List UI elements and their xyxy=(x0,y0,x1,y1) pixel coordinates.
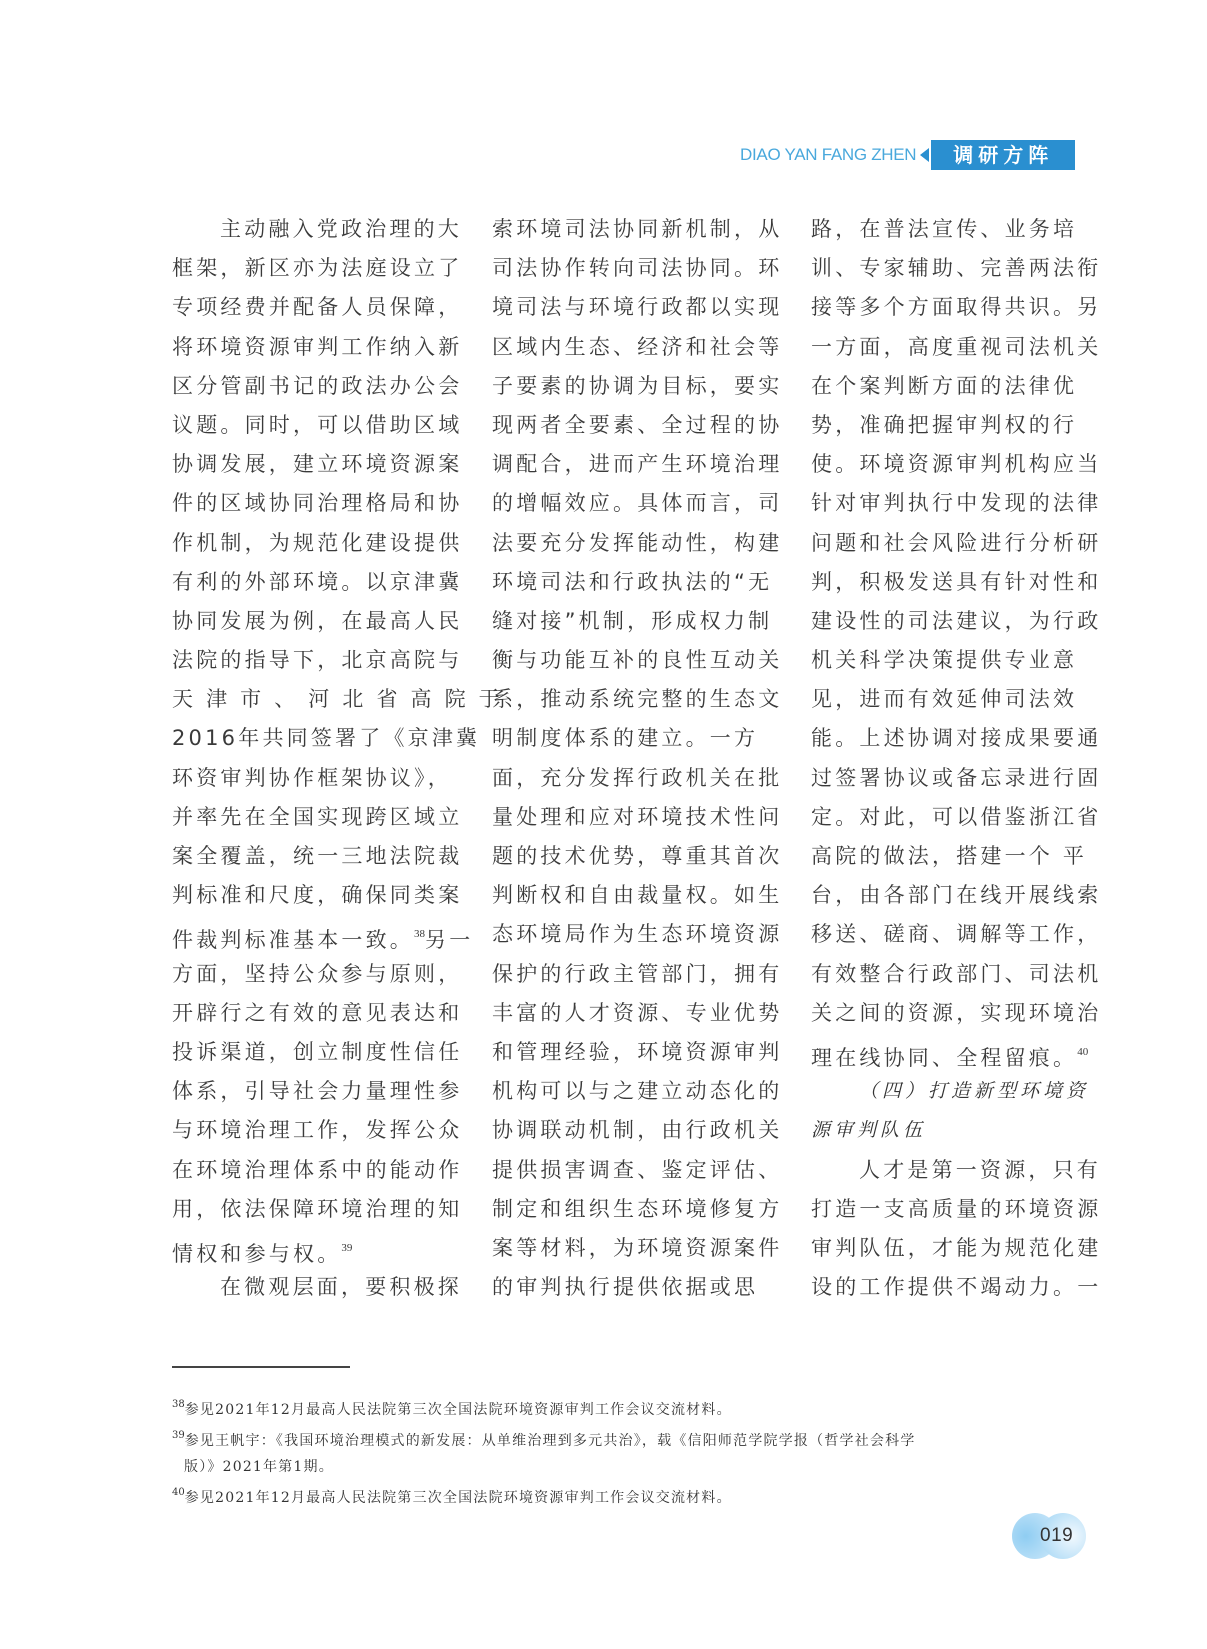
text-line: 区分管副书记的政法办公会 xyxy=(172,367,447,406)
text-line: 现两者全要素、全过程的协 xyxy=(492,406,767,445)
text-line: 建设性的司法建议，为行政 xyxy=(811,602,1086,641)
text-line: 衡与功能互补的良性互动关 xyxy=(492,641,767,680)
text-line: 在微观层面，要积极探 xyxy=(172,1268,447,1307)
text-line: 协调联动机制，由行政机关 xyxy=(492,1111,767,1150)
footnote-number: 38 xyxy=(172,1399,185,1410)
text-line: 定。对此，可以借鉴浙江省 xyxy=(811,798,1086,837)
text-segment: 情权和参与权。 xyxy=(172,1242,341,1266)
text-line: 用，依法保障环境治理的知 xyxy=(172,1190,447,1229)
page-number-badge: 019 xyxy=(1012,1513,1122,1563)
text-line: 丰富的人才资源、专业优势 xyxy=(492,994,767,1033)
text-line: 2016年共同签署了《京津冀 xyxy=(172,719,447,758)
text-line: 情权和参与权。39 xyxy=(172,1229,447,1268)
text-line: 体系，引导社会力量理性参 xyxy=(172,1072,447,1111)
footnote-ref-40[interactable]: 40 xyxy=(1077,1046,1088,1058)
text-line: 保护的行政主管部门，拥有 xyxy=(492,955,767,994)
text-segment: 件裁判标准基本一致。 xyxy=(172,928,414,952)
footnote-40: 40参见2021年12月最高人民法院第三次全国法院环境资源审判工作会议交流材料。 xyxy=(172,1480,1092,1511)
text-line: 高院的做法，搭建一个 平 xyxy=(811,837,1086,876)
text-line: 提供损害调查、鉴定评估、 xyxy=(492,1151,767,1190)
text-line: 调配合，进而产生环境治理 xyxy=(492,445,767,484)
section-title: 调研方阵 xyxy=(931,140,1075,170)
page-number: 019 xyxy=(1040,1525,1073,1547)
text-line: 明制度体系的建立。一方 xyxy=(492,719,767,758)
text-line: 方面，坚持公众参与原则， xyxy=(172,955,447,994)
text-line: 态环境局作为生态环境资源 xyxy=(492,915,767,954)
text-line: 路，在普法宣传、业务培 xyxy=(811,210,1086,249)
footnote-number: 39 xyxy=(172,1430,185,1441)
text-line: 能。上述协调对接成果要通 xyxy=(811,719,1086,758)
text-line: 制定和组织生态环境修复方 xyxy=(492,1190,767,1229)
text-line: 在个案判断方面的法律优 xyxy=(811,367,1086,406)
text-line: 专项经费并配备人员保障， xyxy=(172,288,447,327)
text-line: 设的工作提供不竭动力。一 xyxy=(811,1268,1086,1307)
text-line: 子要素的协调为目标，要实 xyxy=(492,367,767,406)
text-line: 使。环境资源审判机构应当 xyxy=(811,445,1086,484)
footnote-ref-38[interactable]: 38 xyxy=(414,928,425,940)
text-line: 件的区域协同治理格局和协 xyxy=(172,484,447,523)
text-line: 判，积极发送具有针对性和 xyxy=(811,563,1086,602)
text-line: 协调发展，建立环境资源案 xyxy=(172,445,447,484)
text-line: 一方面，高度重视司法机关 xyxy=(811,328,1086,367)
footnote-38: 38参见2021年12月最高人民法院第三次全国法院环境资源审判工作会议交流材料。 xyxy=(172,1392,1092,1423)
text-line: 面，充分发挥行政机关在批 xyxy=(492,759,767,798)
text-line: 问题和社会风险进行分析研 xyxy=(811,524,1086,563)
footnote-text: 参见王帆宇：《我国环境治理模式的新发展：从单维治理到多元共治》，载《信阳师范学院… xyxy=(185,1433,916,1449)
text-line: 审判队伍，才能为规范化建 xyxy=(811,1229,1086,1268)
footnotes: 38参见2021年12月最高人民法院第三次全国法院环境资源审判工作会议交流材料。… xyxy=(172,1392,1092,1511)
text-line: 缝对接”机制，形成权力制 xyxy=(492,602,767,641)
section-pinyin: DIAO YAN FANG ZHEN xyxy=(740,145,916,165)
footnote-text: 参见2021年12月最高人民法院第三次全国法院环境资源审判工作会议交流材料。 xyxy=(185,1490,732,1506)
text-column-3: 路，在普法宣传、业务培 训、专家辅助、完善两法衔 接等多个方面取得共识。另 一方… xyxy=(811,210,1086,1307)
text-line: 见，进而有效延伸司法效 xyxy=(811,680,1086,719)
text-line: 和管理经验，环境资源审判 xyxy=(492,1033,767,1072)
text-line: 环资审判协作框架协议》， xyxy=(172,759,447,798)
section-heading: （四）打造新型环境资 xyxy=(811,1072,1086,1111)
text-line: 区域内生态、经济和社会等 xyxy=(492,328,767,367)
text-line: 的审判执行提供依据或思 xyxy=(492,1268,767,1307)
footnote-continuation: 版）》2021年第1期。 xyxy=(172,1454,1092,1480)
text-line: 案全覆盖，统一三地法院裁 xyxy=(172,837,447,876)
text-line: 训、专家辅助、完善两法衔 xyxy=(811,249,1086,288)
text-line: 案等材料，为环境资源案件 xyxy=(492,1229,767,1268)
text-line: 协同发展为例，在最高人民 xyxy=(172,602,447,641)
text-segment: 理在线协同、全程留痕。 xyxy=(811,1046,1077,1070)
text-line: 过签署协议或备忘录进行固 xyxy=(811,759,1086,798)
text-line: 判标准和尺度，确保同类案 xyxy=(172,876,447,915)
text-line: 环境司法和行政执法的“无 xyxy=(492,563,767,602)
text-line: 框架，新区亦为法庭设立了 xyxy=(172,249,447,288)
text-line: 移送、磋商、调解等工作， xyxy=(811,915,1086,954)
text-line: 投诉渠道，创立制度性信任 xyxy=(172,1033,447,1072)
header-arrow-icon xyxy=(920,148,929,162)
text-line: 人才是第一资源，只有 xyxy=(811,1151,1086,1190)
text-line: 针对审判执行中发现的法律 xyxy=(811,484,1086,523)
text-line: 法要充分发挥能动性，构建 xyxy=(492,524,767,563)
text-column-1: 主动融入党政治理的大 框架，新区亦为法庭设立了 专项经费并配备人员保障， 将环境… xyxy=(172,210,447,1307)
section-header: DIAO YAN FANG ZHEN 调研方阵 xyxy=(740,140,1075,170)
text-line: 在环境治理体系中的能动作 xyxy=(172,1151,447,1190)
footnote-ref-39[interactable]: 39 xyxy=(341,1242,352,1254)
text-line: 并率先在全国实现跨区域立 xyxy=(172,798,447,837)
text-line: 件裁判标准基本一致。38另一 xyxy=(172,915,447,954)
text-line: 主动融入党政治理的大 xyxy=(172,210,447,249)
text-line: 天 津 市 、 河 北 省 高 院 于 xyxy=(172,680,447,719)
footnote-divider xyxy=(172,1366,350,1368)
text-line: 判断权和自由裁量权。如生 xyxy=(492,876,767,915)
text-line: 势，准确把握审判权的行 xyxy=(811,406,1086,445)
text-line: 议题。同时，可以借助区域 xyxy=(172,406,447,445)
text-line: 与环境治理工作，发挥公众 xyxy=(172,1111,447,1150)
text-line: 有利的外部环境。以京津冀 xyxy=(172,563,447,602)
text-line: 将环境资源审判工作纳入新 xyxy=(172,328,447,367)
footnote-number: 40 xyxy=(172,1487,185,1498)
text-line: 境司法与环境行政都以实现 xyxy=(492,288,767,327)
footnote-39: 39参见王帆宇：《我国环境治理模式的新发展：从单维治理到多元共治》，载《信阳师范… xyxy=(172,1423,1092,1480)
text-line: 关之间的资源，实现环境治 xyxy=(811,994,1086,1033)
text-line: 台，由各部门在线开展线索 xyxy=(811,876,1086,915)
text-line: 题的技术优势，尊重其首次 xyxy=(492,837,767,876)
text-line: 机关科学决策提供专业意 xyxy=(811,641,1086,680)
text-column-2: 索环境司法协同新机制，从 司法协作转向司法协同。环 境司法与环境行政都以实现 区… xyxy=(492,210,767,1307)
text-line: 的增幅效应。具体而言，司 xyxy=(492,484,767,523)
footnote-text: 参见2021年12月最高人民法院第三次全国法院环境资源审判工作会议交流材料。 xyxy=(185,1402,732,1418)
text-line: 法院的指导下，北京高院与 xyxy=(172,641,447,680)
text-line: 开辟行之有效的意见表达和 xyxy=(172,994,447,1033)
text-line: 量处理和应对环境技术性问 xyxy=(492,798,767,837)
text-line: 理在线协同、全程留痕。40 xyxy=(811,1033,1086,1072)
section-heading-cont: 源审判队伍 xyxy=(811,1111,1086,1150)
text-line: 索环境司法协同新机制，从 xyxy=(492,210,767,249)
text-line: 司法协作转向司法协同。环 xyxy=(492,249,767,288)
text-line: 作机制，为规范化建设提供 xyxy=(172,524,447,563)
text-line: 系，推动系统完整的生态文 xyxy=(492,680,767,719)
text-line: 机构可以与之建立动态化的 xyxy=(492,1072,767,1111)
text-line: 有效整合行政部门、司法机 xyxy=(811,955,1086,994)
text-line: 打造一支高质量的环境资源 xyxy=(811,1190,1086,1229)
text-segment: 另一 xyxy=(425,928,473,952)
text-line: 接等多个方面取得共识。另 xyxy=(811,288,1086,327)
